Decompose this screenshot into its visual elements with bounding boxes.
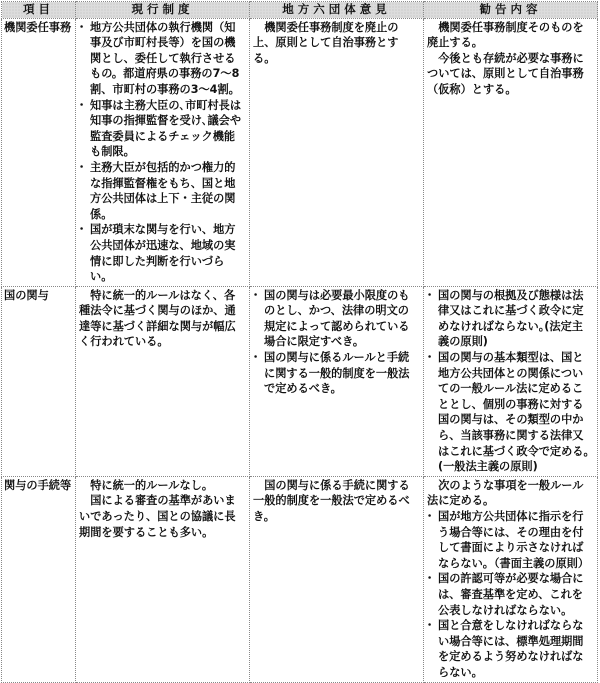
bullet-item: 国が瑣末な関与を行い、地方公共団体が迅速な、地域の実情に即した判断を行いづらい。 (79, 222, 246, 284)
bullet-list: 国の関与の根拠及び態様は法律又はこれに基づく政令に定めなければならない｡(法定主… (427, 288, 594, 475)
bullet-item: 国の関与の根拠及び態様は法律又はこれに基づく政令に定めなければならない｡(法定主… (427, 288, 594, 350)
recommendation-cell: 国の関与の根拠及び態様は法律又はこれに基づく政令に定めなければならない｡(法定主… (424, 286, 598, 476)
paragraph: 機関委任事務制度を廃止の上、原則として自治事務とする。 (253, 20, 420, 67)
bullet-list: 国の関与は必要最小限度のものとし、かつ、法律の明文の規定によって認められている場… (253, 288, 420, 397)
bullet-list: 国が地方公共団体に指示を行う場合等には、その理由を付して書面により示さなければな… (427, 509, 594, 521)
paragraph: 特に統一的ルールはなく、各種法令に基づく関与のほか、通達等に基づく詳細な関与が幅… (79, 288, 246, 350)
table-row: 機関委任事務 地方公共団体の執行機関（知事及び市町村長等）を国の機関とし、委任し… (2, 18, 598, 286)
paragraph: 国による審査の基準があいまいであったり、国との協議に長期間を要することも多い。 (79, 493, 246, 521)
paragraph: 機関委任事務制度そのものを廃止する。 (427, 20, 594, 51)
current-system-cell: 特に統一的ルールはなく、各種法令に基づく関与のほか、通達等に基づく詳細な関与が幅… (76, 286, 250, 476)
bullet-item: 国の関与に係るルールと手続に関する一般的制度を一般法で定めるべき。 (253, 350, 420, 397)
six-groups-opinion-cell: 国の関与は必要最小限度のものとし、かつ、法律の明文の規定によって認められている場… (250, 286, 424, 476)
header-current-system: 現行制度 (76, 2, 250, 19)
bullet-item: 国の関与の基本類型は、国と地方公共団体との関係についての一般ルール法に定めること… (427, 350, 594, 475)
recommendation-cell: 次のような事項を一般ルール法に定める。 国が地方公共団体に指示を行う場合等には、… (424, 476, 598, 521)
current-system-cell: 地方公共団体の執行機関（知事及び市町村長等）を国の機関とし、委任して執行させるも… (76, 18, 250, 286)
decentralization-comparison-table: 項目 現行制度 地方六団体意見 勧告内容 機関委任事務 地方公共団体の執行機関（… (1, 1, 598, 521)
table-row: 関与の手続等 特に統一的ルールなし。 国による審査の基準があいまいであったり、国… (2, 476, 598, 521)
bullet-item: 知事は主務大臣の､市町村長は知事の指揮監督を受け､議会や監査委員によるチェック機… (79, 98, 246, 160)
paragraph: 特に統一的ルールなし。 (79, 478, 246, 494)
six-groups-opinion-cell: 機関委任事務制度を廃止の上、原則として自治事務とする。 (250, 18, 424, 286)
header-six-local-groups-opinion: 地方六団体意見 (250, 2, 424, 19)
bullet-item: 国が地方公共団体に指示を行う場合等には、その理由を付して書面により示さなければな… (427, 509, 594, 521)
bullet-list: 地方公共団体の執行機関（知事及び市町村長等）を国の機関とし、委任して執行させるも… (79, 20, 246, 285)
bullet-item: 主務大臣が包括的かつ権力的な指揮監督権をもち、国と地方公共団体は上下・主従の関係… (79, 160, 246, 222)
header-row: 項目 現行制度 地方六団体意見 勧告内容 (2, 2, 598, 19)
row-item-label: 機関委任事務 (2, 18, 76, 286)
header-recommendation: 勧告内容 (424, 2, 598, 19)
table-row: 国の関与 特に統一的ルールはなく、各種法令に基づく関与のほか、通達等に基づく詳細… (2, 286, 598, 476)
recommendation-cell: 機関委任事務制度そのものを廃止する。 今後とも存続が必要な事務については、原則と… (424, 18, 598, 286)
bullet-item: 国の関与は必要最小限度のものとし、かつ、法律の明文の規定によって認められている場… (253, 288, 420, 350)
current-system-cell: 特に統一的ルールなし。 国による審査の基準があいまいであったり、国との協議に長期… (76, 476, 250, 521)
bullet-item: 地方公共団体の執行機関（知事及び市町村長等）を国の機関とし、委任して執行させるも… (79, 20, 246, 98)
row-item-label: 関与の手続等 (2, 476, 76, 521)
header-item: 項目 (2, 2, 76, 19)
intro-paragraph: 次のような事項を一般ルール法に定める。 (427, 478, 594, 509)
paragraph: 国の関与に係る手続に関する一般的制度を一般法で定めるべき。 (253, 478, 420, 521)
row-item-label: 国の関与 (2, 286, 76, 476)
paragraph: 今後とも存続が必要な事務については、原則として自治事務（仮称）とする。 (427, 51, 594, 98)
six-groups-opinion-cell: 国の関与に係る手続に関する一般的制度を一般法で定めるべき。 (250, 476, 424, 521)
